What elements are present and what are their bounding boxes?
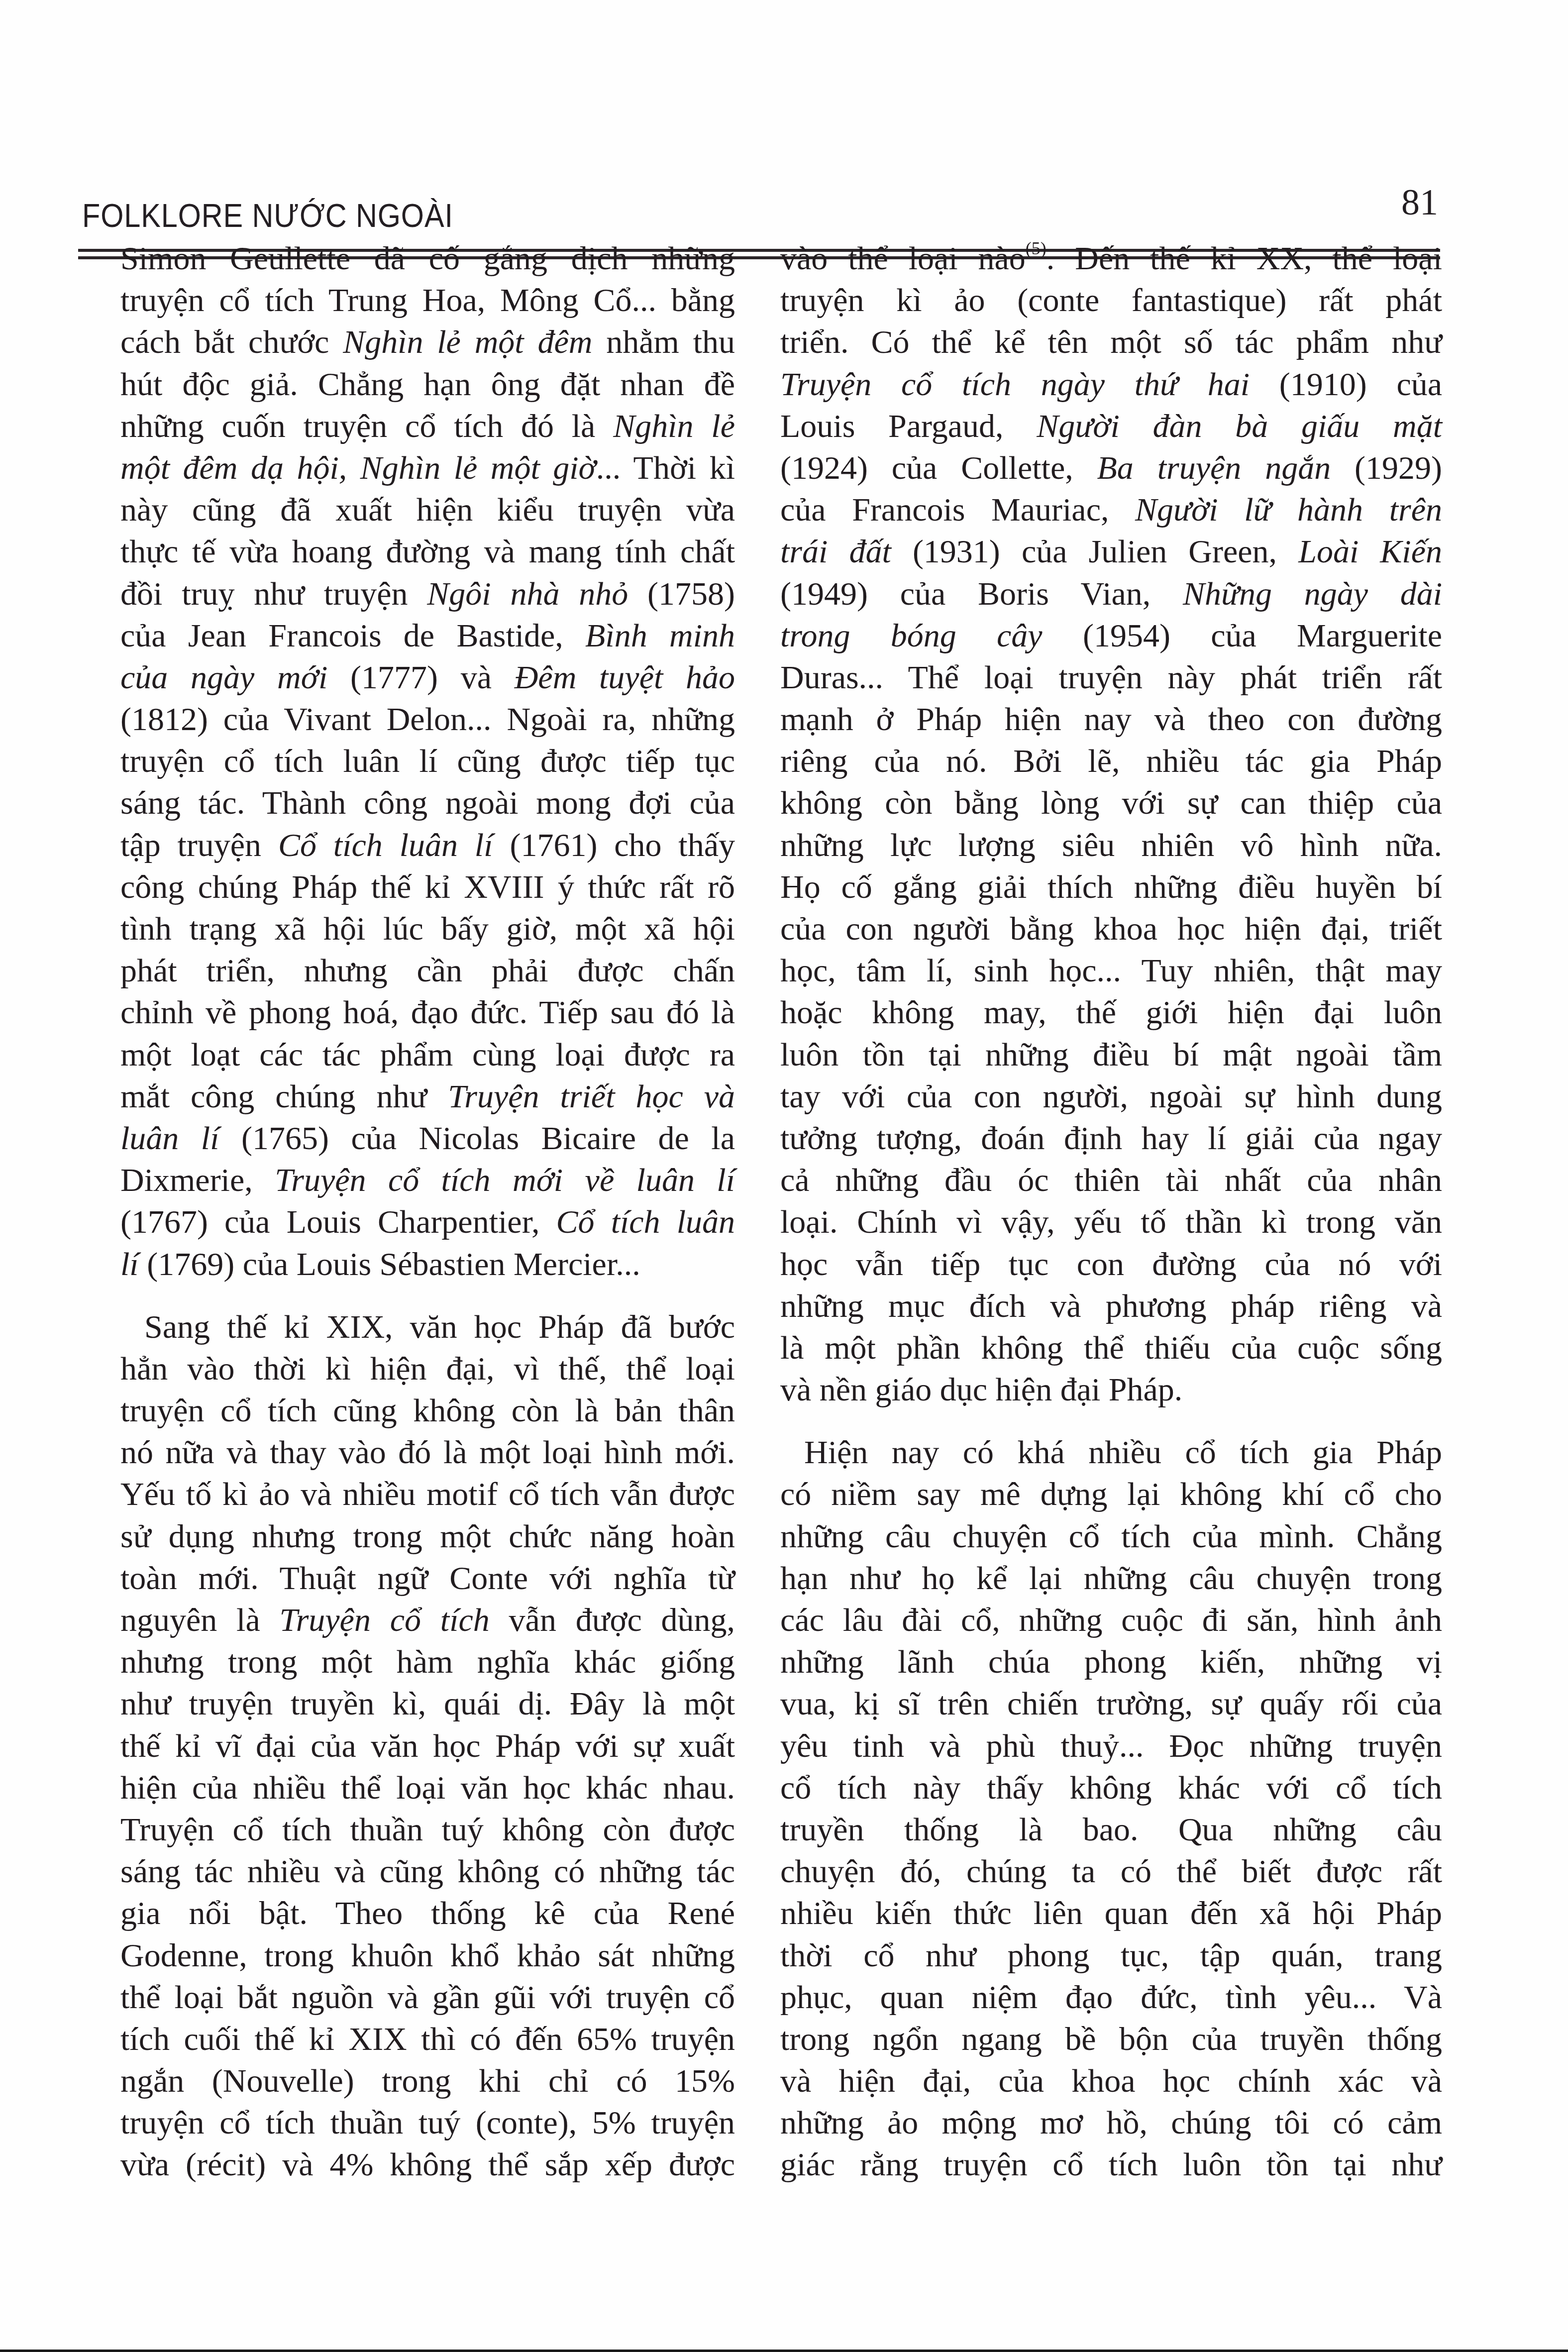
text-line: sử dụng nhưng trong một chức năng hoàn [120, 1516, 735, 1558]
text-line: truyện cổ tích thuần tuý (conte), 5% tru… [120, 2102, 735, 2144]
text-line: cả những đầu óc thiên tài nhất của nhân [780, 1160, 1442, 1201]
paragraph: vào thể loại nào(5). Đến thế kỉ XX, thể … [780, 238, 1442, 1411]
running-title: FOLKLORE NƯỚC NGOÀI [82, 197, 453, 234]
text-run: vua, kị sĩ trên chiến trường, sự quấy rố… [780, 1686, 1442, 1722]
text-line: hiện của nhiều thể loại văn học khác nha… [120, 1767, 735, 1809]
text-run: Louis Pargaud, [780, 408, 1037, 444]
text-run: cổ tích này thấy không khác với cổ tích [780, 1770, 1442, 1806]
text-line: học, tâm lí, sinh học... Tuy nhiên, thật… [780, 950, 1442, 992]
text-line: thể loại bắt nguồn và gần gũi với truyện… [120, 1977, 735, 2019]
text-line: truyện cổ tích luân lí cũng được tiếp tụ… [120, 741, 735, 782]
text-run: những lãnh chúa phong kiến, những vị [780, 1644, 1442, 1680]
text-line: gia nổi bật. Theo thống kê của René [120, 1893, 735, 1934]
text-run: (1910) của [1250, 366, 1442, 403]
text-line: Truyện cổ tích ngày thứ hai (1910) của [780, 364, 1442, 406]
text-run: Duras... Thể loại truyện này phát triển … [780, 659, 1442, 696]
text-line: phục, quan niệm đạo đức, tình yêu... Và [780, 1977, 1442, 2019]
text-line: trái đất (1931) của Julien Green, Loài K… [780, 531, 1442, 573]
text-line: chỉnh về phong hoá, đạo đức. Tiếp sau đó… [120, 992, 735, 1034]
text-run: loại. Chính vì vậy, yếu tố thần kì trong… [780, 1204, 1442, 1240]
text-line: thực tế vừa hoang đường và mang tính chấ… [120, 531, 735, 573]
text-run: những ảo mộng mơ hồ, chúng tôi có cảm [780, 2105, 1442, 2141]
text-line: Dixmerie, Truyện cổ tích mới về luân lí [120, 1160, 735, 1201]
italic-title: Những ngày dài [1183, 576, 1442, 612]
text-line: tưởng tượng, đoán định hay lí giải của n… [780, 1118, 1442, 1160]
text-line: những lãnh chúa phong kiến, những vị [780, 1641, 1442, 1683]
text-run: là một phần không thể thiếu của cuộc sốn… [780, 1330, 1442, 1366]
text-run: một loạt các tác phẩm cùng loại được ra [120, 1037, 735, 1073]
text-run: mạnh ở Pháp hiện nay và theo con đường [780, 701, 1442, 738]
text-run: nó nữa và thay vào đó là một loại hình m… [120, 1434, 735, 1471]
text-line: Sang thế kỉ XIX, văn học Pháp đã bước [120, 1306, 735, 1348]
text-line: có niềm say mê dựng lại không khí cổ cho [780, 1474, 1442, 1515]
text-run: hẳn vào thời kì hiện đại, vì thế, thể lo… [120, 1351, 735, 1387]
text-line: tay với của con người, ngoài sự hình dun… [780, 1076, 1442, 1118]
text-run: vẫn được dùng, [490, 1602, 735, 1638]
text-run: đồi truỵ như truyện [120, 576, 427, 612]
text-run: Simon Geullette đã cố gắng dịch những [120, 240, 735, 277]
text-run: truyện cổ tích thuần tuý (conte), 5% tru… [120, 2105, 735, 2141]
text-line: những cuốn truyện cổ tích đó là Nghìn lẻ [120, 406, 735, 447]
text-line: không còn bằng lòng với sự can thiệp của [780, 782, 1442, 824]
text-run: của Francois Mauriac, [780, 492, 1135, 528]
text-run: Truyện cổ tích thuần tuý không còn được [120, 1812, 735, 1848]
text-line: nhưng trong một hàm nghĩa khác giống [120, 1641, 735, 1683]
text-run: luôn tồn tại những điều bí mật ngoài tầm [780, 1037, 1442, 1073]
page-number: 81 [1393, 182, 1438, 224]
text-line: loại. Chính vì vậy, yếu tố thần kì trong… [780, 1201, 1442, 1243]
text-run: những mục đích và phương pháp riêng và [780, 1288, 1442, 1324]
text-line: (1924) của Collette, Ba truyện ngắn (192… [780, 447, 1442, 489]
text-run: thời cổ như phong tục, tập quán, trang [780, 1937, 1442, 1974]
text-run: nguyên là [120, 1602, 280, 1638]
text-line: và nền giáo dục hiện đại Pháp. [780, 1369, 1442, 1411]
left-column: Simon Geullette đã cố gắng dịch nhữngtru… [120, 238, 735, 2186]
text-line: truyền thống là bao. Qua những câu [780, 1809, 1442, 1851]
text-run: Sang thế kỉ XIX, văn học Pháp đã bước [144, 1309, 735, 1345]
text-run: này cũng đã xuất hiện kiểu truyện vừa [120, 492, 735, 528]
text-run: tình trạng xã hội lúc bấy giờ, một xã hộ… [120, 911, 735, 947]
text-run: như truyện truyền kì, quái dị. Đây là mộ… [120, 1686, 735, 1722]
text-run: Yếu tố kì ảo và nhiều motif cổ tích vẫn … [120, 1476, 735, 1512]
italic-title: Cổ tích luân [556, 1204, 735, 1240]
text-line: tình trạng xã hội lúc bấy giờ, một xã hộ… [120, 908, 735, 950]
italic-title: Cổ tích luân lí [278, 827, 493, 863]
italic-title: lí [120, 1246, 139, 1283]
text-line: và hiện đại, của khoa học chính xác và [780, 2060, 1442, 2102]
text-line: triển. Có thể kể tên một số tác phẩm như [780, 321, 1442, 363]
text-line: nhiều kiến thức liên quan đến xã hội Phá… [780, 1893, 1442, 1934]
text-run: nhằm thu [592, 324, 735, 360]
text-line: trong ngổn ngang bề bộn của truyền thống [780, 2019, 1442, 2060]
italic-title: Nghìn lẻ [613, 408, 735, 444]
text-line: công chúng Pháp thế kỉ XVIII ý thức rất … [120, 866, 735, 908]
italic-title: của ngày mới [120, 659, 327, 696]
text-line: của Jean Francois de Bastide, Bình minh [120, 615, 735, 657]
text-line: luân lí (1765) của Nicolas Bicaire de la [120, 1118, 735, 1160]
text-run: không còn bằng lòng với sự can thiệp của [780, 785, 1442, 821]
text-line: mạnh ở Pháp hiện nay và theo con đường [780, 699, 1442, 741]
text-run: yêu tinh và phù thuỷ... Đọc những truyện [780, 1728, 1442, 1764]
text-run: vừa (récit) và 4% không thể sắp xếp được [120, 2146, 735, 2183]
text-line: Hiện nay có khá nhiều cổ tích gia Pháp [780, 1432, 1442, 1474]
text-line: là một phần không thể thiếu của cuộc sốn… [780, 1327, 1442, 1369]
text-line: của Francois Mauriac, Người lữ hành trên [780, 489, 1442, 531]
text-run: (1949) của Boris Vian, [780, 576, 1183, 612]
document-page: FOLKLORE NƯỚC NGOÀI 81 Simon Geullette đ… [0, 0, 1568, 2352]
text-run: gia nổi bật. Theo thống kê của René [120, 1895, 735, 1931]
text-run: (1924) của Collette, [780, 450, 1097, 486]
text-line: truyện cổ tích cũng không còn là bản thâ… [120, 1390, 735, 1432]
text-run: tay với của con người, ngoài sự hình dun… [780, 1078, 1442, 1115]
text-line: những câu chuyện cổ tích của mình. Chẳng [780, 1516, 1442, 1558]
text-line: học vẫn tiếp tục con đường của nó với [780, 1244, 1442, 1285]
italic-title: Ba truyện ngắn [1097, 450, 1331, 486]
text-line: như truyện truyền kì, quái dị. Đây là mộ… [120, 1683, 735, 1725]
text-line: phát triển, nhưng cần phải được chấn [120, 950, 735, 992]
text-line: Louis Pargaud, Người đàn bà giấu mặt [780, 406, 1442, 447]
text-run: tập truyện [120, 827, 278, 863]
text-line: Simon Geullette đã cố gắng dịch những [120, 238, 735, 280]
text-run: sáng tác. Thành công ngoài mong đợi của [120, 785, 735, 821]
text-line: ngắn (Nouvelle) trong khi chỉ có 15% [120, 2060, 735, 2102]
text-line: Yếu tố kì ảo và nhiều motif cổ tích vẫn … [120, 1474, 735, 1515]
text-run: học vẫn tiếp tục con đường của nó với [780, 1246, 1442, 1283]
text-run: nhiều kiến thức liên quan đến xã hội Phá… [780, 1895, 1442, 1931]
text-run: sử dụng nhưng trong một chức năng hoàn [120, 1518, 735, 1555]
text-run: công chúng Pháp thế kỉ XVIII ý thức rất … [120, 869, 735, 905]
text-run: (1769) của Louis Sébastien Mercier... [139, 1246, 640, 1283]
text-line: thời cổ như phong tục, tập quán, trang [780, 1935, 1442, 1977]
italic-title: luân lí [120, 1120, 219, 1157]
text-run: những lực lượng siêu nhiên vô hình nữa. [780, 827, 1442, 863]
text-line: đồi truỵ như truyện Ngôi nhà nhỏ (1758) [120, 573, 735, 615]
text-run: và nền giáo dục hiện đại Pháp. [780, 1372, 1182, 1408]
text-run: thực tế vừa hoang đường và mang tính chấ… [120, 534, 735, 570]
text-line: Truyện cổ tích thuần tuý không còn được [120, 1809, 735, 1851]
text-run: truyền thống là bao. Qua những câu [780, 1812, 1442, 1848]
scan-bottom-edge [0, 2350, 1568, 2352]
text-line: sáng tác nhiều và cũng không có những tá… [120, 1851, 735, 1893]
text-run: chỉnh về phong hoá, đạo đức. Tiếp sau đó… [120, 994, 735, 1031]
paragraph: Hiện nay có khá nhiều cổ tích gia Phápcó… [780, 1432, 1442, 2186]
text-run: hoặc không may, thế giới hiện đại luôn [780, 994, 1442, 1031]
right-column: vào thể loại nào(5). Đến thế kỉ XX, thể … [780, 238, 1442, 2186]
text-line: cổ tích này thấy không khác với cổ tích [780, 1767, 1442, 1809]
text-line: của con người bằng khoa học hiện đại, tr… [780, 908, 1442, 950]
text-run: phát triển, nhưng cần phải được chấn [120, 953, 735, 989]
text-line: này cũng đã xuất hiện kiểu truyện vừa [120, 489, 735, 531]
text-run: hạn như họ kể lại những câu chuyện trong [780, 1560, 1442, 1597]
text-line: truyện cổ tích Trung Hoa, Mông Cổ... bằn… [120, 280, 735, 321]
text-run: truyện cổ tích cũng không còn là bản thâ… [120, 1392, 735, 1429]
italic-title: Bình minh [585, 618, 735, 654]
text-line: Godenne, trong khuôn khổ khảo sát những [120, 1935, 735, 1977]
paragraph: Simon Geullette đã cố gắng dịch nhữngtru… [120, 238, 735, 1285]
text-line: hẳn vào thời kì hiện đại, vì thế, thể lo… [120, 1348, 735, 1390]
text-line: vào thể loại nào(5). Đến thế kỉ XX, thể … [780, 238, 1442, 280]
text-line: một đêm dạ hội, Nghìn lẻ một giờ... Thời… [120, 447, 735, 489]
text-line: chuyện đó, chúng ta có thể biết được rất [780, 1851, 1442, 1893]
text-run: thể loại bắt nguồn và gần gũi với truyện… [120, 1979, 735, 2016]
text-line: những lực lượng siêu nhiên vô hình nữa. [780, 825, 1442, 866]
italic-title: Nghìn lẻ một đêm [343, 324, 592, 360]
text-run: cả những đầu óc thiên tài nhất của nhân [780, 1162, 1442, 1198]
italic-title: Truyện cổ tích mới về luân lí [275, 1162, 735, 1198]
text-line: truyện kì ảo (conte fantastique) rất phá… [780, 280, 1442, 321]
italic-title: Đêm tuyệt hảo [515, 659, 735, 696]
text-line: Họ cố gắng giải thích những điều huyền b… [780, 866, 1442, 908]
italic-title: Loài Kiến [1298, 534, 1442, 570]
paragraph: Sang thế kỉ XIX, văn học Pháp đã bướchẳn… [120, 1306, 735, 2186]
text-run: (1765) của Nicolas Bicaire de la [219, 1120, 735, 1157]
italic-title: Truyện cổ tích ngày thứ hai [780, 366, 1250, 403]
text-run: . Đến thế kỉ XX, thể loại [1046, 240, 1442, 277]
italic-title: Người đàn bà giấu mặt [1037, 408, 1442, 444]
text-run: sáng tác nhiều và cũng không có những tá… [120, 1853, 735, 1890]
text-line: vừa (récit) và 4% không thể sắp xếp được [120, 2144, 735, 2186]
text-line: toàn mới. Thuật ngữ Conte với nghĩa từ [120, 1558, 735, 1600]
text-run: của con người bằng khoa học hiện đại, tr… [780, 911, 1442, 947]
text-run: (1812) của Vivant Delon... Ngoài ra, nhữ… [120, 701, 735, 738]
text-run: (1931) của Julien Green, [891, 534, 1298, 570]
italic-title: trái đất [780, 534, 891, 570]
italic-title: Truyện cổ tích [280, 1602, 490, 1638]
text-run: cách bắt chước [120, 324, 343, 360]
text-line: (1812) của Vivant Delon... Ngoài ra, nhữ… [120, 699, 735, 741]
italic-title: Người lữ hành trên [1135, 492, 1442, 528]
text-run: các lâu đài cổ, những cuộc đi săn, hình … [780, 1602, 1442, 1638]
text-run: truyện cổ tích Trung Hoa, Mông Cổ... bằn… [120, 282, 735, 319]
text-run: phục, quan niệm đạo đức, tình yêu... Và [780, 1979, 1442, 2016]
text-run: (1954) của Marguerite [1043, 618, 1442, 654]
text-run: có niềm say mê dựng lại không khí cổ cho [780, 1476, 1442, 1512]
text-run: và hiện đại, của khoa học chính xác và [780, 2063, 1442, 2099]
text-line: (1767) của Louis Charpentier, Cổ tích lu… [120, 1201, 735, 1243]
text-line: tích cuối thế kỉ XIX thì có đến 65% truy… [120, 2019, 735, 2060]
text-line: riêng của nó. Bởi lẽ, nhiều tác gia Pháp [780, 741, 1442, 782]
text-run: vào thể loại nào [780, 240, 1026, 277]
text-run: tích cuối thế kỉ XIX thì có đến 65% truy… [120, 2021, 735, 2057]
text-run: truyện kì ảo (conte fantastique) rất phá… [780, 282, 1442, 319]
text-run: (1761) cho thấy [493, 827, 735, 863]
text-run: ... Thời kì [596, 450, 735, 486]
text-run: mắt công chúng như [120, 1078, 448, 1115]
text-line: nguyên là Truyện cổ tích vẫn được dùng, [120, 1600, 735, 1641]
text-run: học, tâm lí, sinh học... Tuy nhiên, thật… [780, 953, 1442, 989]
text-line: Duras... Thể loại truyện này phát triển … [780, 657, 1442, 699]
text-line: nó nữa và thay vào đó là một loại hình m… [120, 1432, 735, 1474]
text-run: những cuốn truyện cổ tích đó là [120, 408, 613, 444]
text-line: thế kỉ vĩ đại của văn học Pháp với sự xu… [120, 1725, 735, 1767]
text-run: trong ngổn ngang bề bộn của truyền thống [780, 2021, 1442, 2057]
text-line: những ảo mộng mơ hồ, chúng tôi có cảm [780, 2102, 1442, 2144]
text-line: lí (1769) của Louis Sébastien Mercier... [120, 1244, 735, 1285]
text-run: của Jean Francois de Bastide, [120, 618, 585, 654]
text-run: ngắn (Nouvelle) trong khi chỉ có 15% [120, 2063, 735, 2099]
text-run: (1929) [1331, 450, 1442, 486]
text-run: Họ cố gắng giải thích những điều huyền b… [780, 869, 1442, 905]
text-line: hút độc giả. Chẳng hạn ông đặt nhan đề [120, 364, 735, 406]
text-run: thế kỉ vĩ đại của văn học Pháp với sự xu… [120, 1728, 735, 1764]
text-line: tập truyện Cổ tích luân lí (1761) cho th… [120, 825, 735, 866]
text-run: những câu chuyện cổ tích của mình. Chẳng [780, 1518, 1442, 1555]
text-line: giác rằng truyện cổ tích luôn tồn tại nh… [780, 2144, 1442, 2186]
text-line: mắt công chúng như Truyện triết học và [120, 1076, 735, 1118]
text-run: triển. Có thể kể tên một số tác phẩm như [780, 324, 1442, 360]
text-line: yêu tinh và phù thuỷ... Đọc những truyện [780, 1725, 1442, 1767]
text-line: vua, kị sĩ trên chiến trường, sự quấy rố… [780, 1683, 1442, 1725]
italic-title: Truyện triết học và [448, 1078, 735, 1115]
text-run: hút độc giả. Chẳng hạn ông đặt nhan đề [120, 366, 735, 403]
text-run: (1767) của Louis Charpentier, [120, 1204, 556, 1240]
footnote-marker: (5) [1026, 238, 1046, 258]
italic-title: Ngôi nhà nhỏ [427, 576, 628, 612]
text-line: những mục đích và phương pháp riêng và [780, 1285, 1442, 1327]
text-run: truyện cổ tích luân lí cũng được tiếp tụ… [120, 743, 735, 779]
text-line: các lâu đài cổ, những cuộc đi săn, hình … [780, 1600, 1442, 1641]
text-line: (1949) của Boris Vian, Những ngày dài [780, 573, 1442, 615]
italic-title: một đêm dạ hội, Nghìn lẻ một giờ [120, 450, 596, 486]
text-run: (1777) và [327, 659, 514, 696]
text-run: nhưng trong một hàm nghĩa khác giống [120, 1644, 735, 1680]
text-line: một loạt các tác phẩm cùng loại được ra [120, 1034, 735, 1076]
text-line: của ngày mới (1777) và Đêm tuyệt hảo [120, 657, 735, 699]
text-run: giác rằng truyện cổ tích luôn tồn tại nh… [780, 2146, 1442, 2183]
text-run: hiện của nhiều thể loại văn học khác nha… [120, 1770, 735, 1806]
text-run: (1758) [628, 576, 735, 612]
text-run: Godenne, trong khuôn khổ khảo sát những [120, 1937, 735, 1974]
text-line: sáng tác. Thành công ngoài mong đợi của [120, 782, 735, 824]
text-run: toàn mới. Thuật ngữ Conte với nghĩa từ [120, 1560, 735, 1597]
text-line: cách bắt chước Nghìn lẻ một đêm nhằm thu [120, 321, 735, 363]
text-line: hạn như họ kể lại những câu chuyện trong [780, 1558, 1442, 1600]
text-line: hoặc không may, thế giới hiện đại luôn [780, 992, 1442, 1034]
text-run: tưởng tượng, đoán định hay lí giải của n… [780, 1120, 1442, 1157]
text-run: chuyện đó, chúng ta có thể biết được rất [780, 1853, 1442, 1890]
text-line: trong bóng cây (1954) của Marguerite [780, 615, 1442, 657]
text-run: Dixmerie, [120, 1162, 275, 1198]
text-run: riêng của nó. Bởi lẽ, nhiều tác gia Pháp [780, 743, 1442, 779]
text-line: luôn tồn tại những điều bí mật ngoài tầm [780, 1034, 1442, 1076]
text-run: Hiện nay có khá nhiều cổ tích gia Pháp [804, 1434, 1442, 1471]
italic-title: trong bóng cây [780, 618, 1043, 654]
